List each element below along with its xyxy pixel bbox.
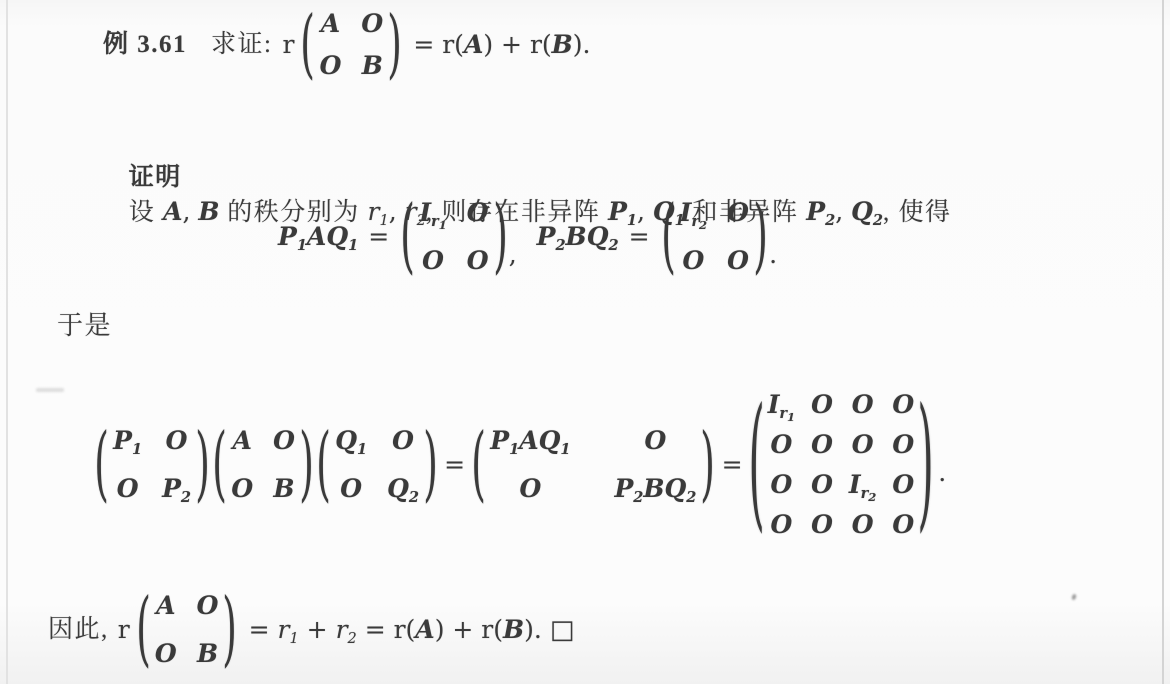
- text-run: ,: [182, 197, 198, 226]
- matrix-cell: Q1: [335, 423, 367, 459]
- canonical-form-4x4-matrix: (Ir1OOOOOOOOOIr2OOOOO): [748, 388, 935, 542]
- matrix-cell: P2BQ2: [614, 471, 696, 507]
- matrix-cell: O: [852, 428, 874, 462]
- matrix-cell: O: [811, 388, 833, 422]
- matrix-cell: O: [231, 471, 253, 507]
- matrix-cell: O: [771, 508, 793, 542]
- matrix-cell: O: [467, 195, 489, 231]
- conclusion-rhs-text: = r1 + r2 = r(A) + r(B). □: [249, 613, 575, 647]
- text-run: +: [299, 615, 336, 644]
- matrix-cell: O: [727, 243, 749, 279]
- subscript: 2: [608, 237, 618, 254]
- math-symbol: P: [490, 426, 509, 455]
- matrix-cell: O: [519, 471, 541, 507]
- matrix-cells: AOOB: [231, 423, 295, 507]
- matrix-paren-right: ): [701, 419, 716, 512]
- text-run: B: [198, 197, 219, 226]
- matrix-cell: O: [166, 423, 188, 459]
- example-rhs-text: = r(A) + r(B).: [413, 28, 590, 62]
- matrix-cell: Ir2: [849, 468, 876, 502]
- text-run: r2: [336, 615, 357, 644]
- nested-subscript: 2: [699, 218, 707, 232]
- smith-forms-equation: P1AQ1 = (Ir1OOO) , P2BQ2 = (Ir2OOO) .: [278, 189, 777, 285]
- math-symbol: Q: [587, 222, 609, 251]
- matrix-cell: O: [852, 388, 874, 422]
- text-run: A: [464, 30, 483, 59]
- matrix-cell: O: [892, 428, 914, 462]
- text-run: ) + r(: [483, 30, 551, 59]
- text-run: =: [249, 615, 278, 644]
- nested-subscript: 1: [787, 410, 795, 424]
- matrix-cells: AOOB: [155, 588, 219, 672]
- text-run: r1: [278, 615, 299, 644]
- subscript: 1: [357, 441, 367, 458]
- matrix-cells: P1AQ1OOP2BQ2: [490, 423, 696, 507]
- matrix-paren-left: (: [316, 419, 331, 512]
- matrix-cell: A: [156, 588, 175, 624]
- math-symbol: I: [849, 470, 861, 499]
- subscript: 2: [409, 489, 419, 506]
- matrix-cell: O: [155, 636, 177, 672]
- matrix-cells: Q1OOQ2: [335, 423, 419, 507]
- math-symbol: P: [162, 474, 181, 503]
- matrix-paren-left: (: [136, 584, 151, 677]
- subscript: 1: [132, 441, 142, 458]
- matrix-cell: O: [273, 423, 295, 459]
- conclusion-lead: 因此,: [48, 613, 109, 647]
- math-symbol: I: [680, 198, 692, 227]
- rank-function-symbol: r: [118, 613, 130, 647]
- math-symbol: A: [307, 222, 326, 251]
- matrix-paren-left: (: [748, 383, 764, 548]
- math-symbol: I: [768, 390, 780, 419]
- matrix-cell: Ir2: [680, 195, 707, 231]
- matrix-paren-left: (: [94, 419, 109, 512]
- matrix-cell: O: [771, 468, 793, 502]
- rank-function-symbol: r: [282, 28, 294, 62]
- matrix-paren-left: (: [661, 191, 676, 284]
- product-P2BQ2: P2BQ2: [537, 220, 619, 254]
- subscript: r2: [861, 485, 877, 502]
- period-mark: .: [938, 456, 946, 490]
- subscript: 2: [873, 212, 883, 229]
- matrix-cell: O: [771, 428, 793, 462]
- example-statement-line: 例 3.61 求证: r (AOOB) = r(A) + r(B).: [103, 2, 591, 88]
- equals-sign: =: [722, 448, 743, 482]
- photo-smear-mark: [36, 388, 64, 392]
- page-edge-right-line: [1162, 0, 1164, 684]
- matrix-paren-right: ): [753, 191, 768, 284]
- block-matrix-Q1-Q2: (Q1OOQ2): [315, 423, 439, 507]
- text-run: ).: [524, 615, 550, 644]
- subscript: r2: [691, 213, 707, 230]
- matrix-cell: O: [683, 243, 705, 279]
- matrix-paren-right: ): [195, 419, 210, 512]
- page-edge-left-line: [6, 0, 8, 684]
- subscript: r1: [779, 405, 795, 422]
- math-symbol: Q: [665, 474, 687, 503]
- subscript: r1: [431, 213, 447, 230]
- math-symbol: Q: [387, 474, 409, 503]
- matrix-paren-left: (: [471, 419, 486, 512]
- block-product-equation: (P1OOP2) (AOOB) (Q1OOQ2) = (P1AQ1OOP2BQ2…: [93, 375, 946, 555]
- matrix-cell: O: [117, 471, 139, 507]
- matrix-cell: O: [422, 243, 444, 279]
- matrix-cell: O: [645, 423, 667, 459]
- matrix-cells: Ir1OOO: [419, 195, 488, 279]
- example-prompt: 求证:: [211, 28, 272, 62]
- matrix-cell: O: [320, 48, 342, 84]
- math-symbol: P: [113, 426, 132, 455]
- matrix-cell: B: [197, 636, 218, 672]
- math-symbol: A: [519, 426, 538, 455]
- matrix-paren-right: ): [387, 3, 402, 88]
- block-matrix-A-B: (AOOB): [211, 423, 315, 507]
- math-symbol: P: [278, 222, 297, 251]
- subscript: 2: [348, 631, 357, 647]
- matrix-cell: Ir1: [419, 195, 446, 231]
- matrix-cell: O: [811, 428, 833, 462]
- matrix-cell: O: [892, 508, 914, 542]
- comma-separator: ,: [509, 238, 517, 272]
- matrix-cell: O: [340, 471, 362, 507]
- text-run: ,: [835, 197, 851, 226]
- equals-sign: =: [368, 220, 389, 254]
- math-symbol: B: [566, 222, 587, 251]
- photo-smudge-mark: [1071, 593, 1077, 600]
- text-run: Q2: [851, 197, 883, 226]
- text-run: B: [552, 30, 573, 59]
- text-run: ) + r(: [435, 615, 503, 644]
- connective-yushi: 于是: [57, 309, 112, 343]
- block-matrix-products: (P1AQ1OOP2BQ2): [470, 423, 716, 507]
- matrix-cells: Ir1OOOOOOOOOIr2OOOOO: [768, 388, 914, 542]
- smith-form-matrix-2: (Ir2OOO): [660, 195, 770, 279]
- text-run: = r(: [357, 615, 416, 644]
- matrix-cells: P1OOP2: [113, 423, 191, 507]
- matrix-cell: O: [361, 6, 383, 42]
- subscript: 2: [686, 489, 696, 506]
- matrix-paren-right: ): [299, 419, 314, 512]
- matrix-paren-right: ): [223, 584, 238, 677]
- math-symbol: Q: [335, 426, 357, 455]
- matrix-cell: P1AQ1: [490, 423, 570, 459]
- math-symbol: P: [614, 474, 633, 503]
- math-symbol: B: [643, 474, 664, 503]
- matrix-cell: O: [892, 388, 914, 422]
- math-symbol: P: [537, 222, 556, 251]
- text-run: B: [503, 615, 524, 644]
- matrix-cell: P2: [162, 471, 191, 507]
- text-run: , 使得: [883, 199, 952, 226]
- text-run: A: [163, 197, 182, 226]
- math-symbol: I: [419, 198, 431, 227]
- period-mark: .: [769, 238, 777, 272]
- block-matrix-P1-P2: (P1OOP2): [93, 423, 211, 507]
- matrix-cell: O: [811, 508, 833, 542]
- product-P1AQ1: P1AQ1: [278, 220, 358, 254]
- matrix-paren-left: (: [212, 419, 227, 512]
- smith-form-matrix-1: (Ir1OOO): [399, 195, 509, 279]
- matrix-cell: A: [233, 423, 252, 459]
- text-run: A: [415, 615, 434, 644]
- subscript: 2: [633, 489, 643, 506]
- matrix-paren-left: (: [400, 191, 415, 284]
- matrix-cell: O: [727, 195, 749, 231]
- matrix-cell: O: [811, 468, 833, 502]
- matrix-paren-right: ): [918, 383, 934, 548]
- subscript: 1: [348, 237, 358, 254]
- matrix-cell: B: [362, 48, 383, 84]
- text-run: = r(: [413, 30, 464, 59]
- math-symbol: Q: [326, 222, 348, 251]
- text-run: □: [550, 615, 575, 645]
- matrix-cell: P1: [113, 423, 142, 459]
- subscript: 1: [289, 631, 298, 647]
- nested-subscript: 2: [868, 490, 876, 504]
- matrix-cell: O: [467, 243, 489, 279]
- example-label: 例 3.61: [103, 28, 187, 62]
- textbook-page: 例 3.61 求证: r (AOOB) = r(A) + r(B). 证明 设 …: [0, 0, 1170, 684]
- math-symbol: Q: [539, 426, 561, 455]
- block-matrix-A-O-O-B: (AOOB): [299, 6, 403, 84]
- text-run: ).: [573, 30, 591, 59]
- matrix-paren-left: (: [301, 3, 316, 88]
- subscript: 1: [297, 237, 307, 254]
- matrix-cells: AOOB: [320, 6, 384, 84]
- matrix-cell: O: [392, 423, 414, 459]
- matrix-cell: O: [197, 588, 219, 624]
- proof-label: 证明: [129, 164, 182, 191]
- matrix-paren-right: ): [423, 419, 438, 512]
- matrix-cell: A: [321, 6, 340, 42]
- matrix-cell: Ir1: [768, 388, 795, 422]
- conclusion-line: 因此, r (AOOB) = r1 + r2 = r(A) + r(B). □: [48, 584, 574, 676]
- matrix-cell: O: [892, 468, 914, 502]
- matrix-paren-right: ): [493, 191, 508, 284]
- subscript: 1: [560, 441, 570, 458]
- subscript: 1: [509, 441, 519, 458]
- nested-subscript: 1: [439, 218, 447, 232]
- text-run: P2: [806, 197, 835, 226]
- matrix-cell: Q2: [387, 471, 419, 507]
- subscript: 2: [825, 212, 835, 229]
- subscript: 2: [555, 237, 565, 254]
- equals-sign: =: [444, 448, 465, 482]
- matrix-cell: B: [273, 471, 294, 507]
- block-matrix-A-O-O-B: (AOOB): [135, 588, 239, 672]
- subscript: 2: [181, 489, 191, 506]
- matrix-cells: Ir2OOO: [680, 195, 749, 279]
- text-run: 设: [129, 199, 163, 226]
- matrix-cell: O: [852, 508, 874, 542]
- equals-sign: =: [629, 220, 650, 254]
